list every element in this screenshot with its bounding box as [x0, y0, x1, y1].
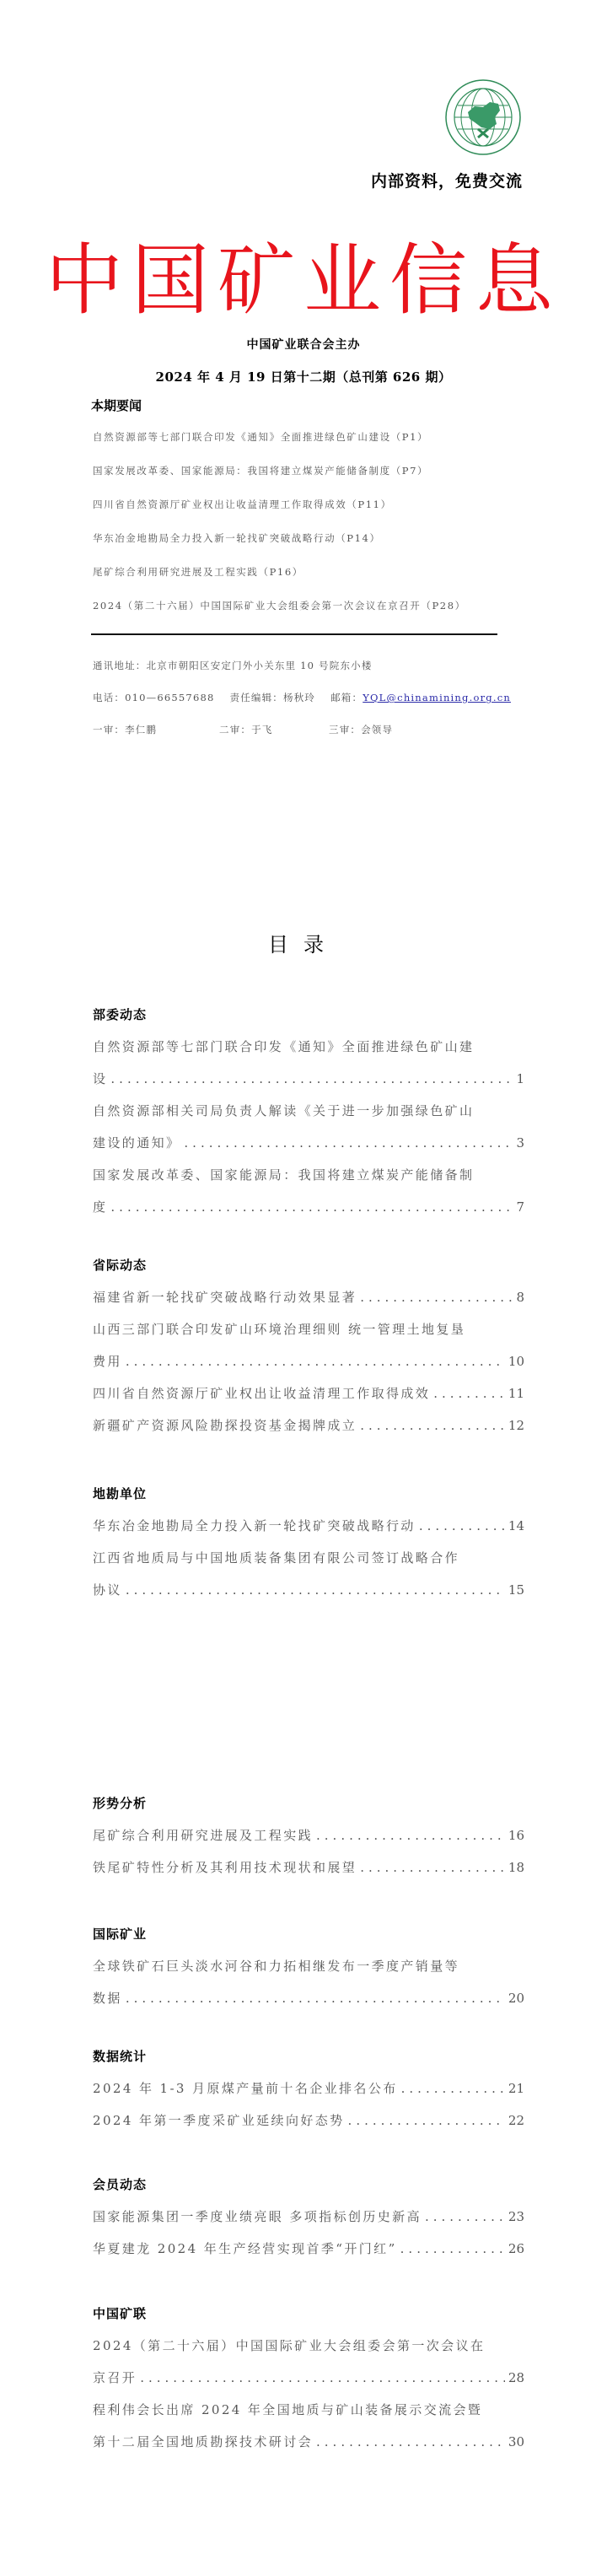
highlight-item[interactable]: 国家发展改革委、国家能源局：我国将建立煤炭产能储备制度（P7） — [93, 464, 531, 498]
address-row: 通讯地址：北京市朝阳区安定门外小关东里 10 号院东小楼 — [93, 659, 531, 691]
entry-text: 华东冶金地勘局全力投入新一轮找矿突破战略行动 — [93, 1510, 416, 1542]
section-heading: 国际矿业 — [93, 1923, 524, 1950]
toc-entry[interactable]: 自然资源部等七部门联合印发《通知》全面推进绿色矿山建 设1 — [93, 1031, 524, 1095]
page-number: 26 — [508, 2233, 524, 2265]
page-number: 20 — [508, 1982, 524, 2014]
toc-entry[interactable]: 华东冶金地勘局全力投入新一轮找矿突破战略行动14 — [93, 1510, 524, 1542]
address-label: 通讯地址： — [93, 660, 147, 671]
first-reviewer: 一审：李仁鹏 — [93, 723, 219, 736]
entry-text: 尾矿综合利用研究进展及工程实践 — [93, 1819, 313, 1851]
toc-title: 目录 — [0, 928, 607, 957]
toc-section: 数据统计 2024 年 1-3 月原煤产量前十名企业排名公布21 2024 年第… — [93, 2045, 524, 2137]
toc-entry[interactable]: 程利伟会长出席 2024 年全国地质与矿山装备展示交流会暨 第十二届全国地质勘探… — [93, 2394, 524, 2458]
toc-entry[interactable]: 国家发展改革委、国家能源局：我国将建立煤炭产能储备制 度7 — [93, 1159, 524, 1223]
toc-entry[interactable]: 新疆矿产资源风险勘探投资基金揭牌成立12 — [93, 1409, 524, 1442]
section-heading: 地勘单位 — [93, 1483, 524, 1510]
china-mining-association-logo — [444, 78, 522, 156]
leader-dots — [126, 1574, 505, 1606]
toc-section: 地勘单位 华东冶金地勘局全力投入新一轮找矿突破战略行动14 江西省地质局与中国地… — [93, 1483, 524, 1606]
page-number: 22 — [508, 2104, 524, 2137]
toc-section: 部委动态 自然资源部等七部门联合印发《通知》全面推进绿色矿山建 设1 自然资源部… — [93, 1004, 524, 1223]
page-number: 15 — [508, 1574, 524, 1606]
reviewers-row: 一审：李仁鹏二审：于飞三审：会领导 — [93, 723, 531, 755]
page-number: 21 — [508, 2072, 524, 2104]
toc-entry[interactable]: 福建省新一轮找矿突破战略行动效果显著8 — [93, 1281, 524, 1313]
section-heading: 部委动态 — [93, 1004, 524, 1031]
toc-entry[interactable]: 2024 年 1-3 月原煤产量前十名企业排名公布21 — [93, 2072, 524, 2104]
issue-date: 2024 年 4 月 19 日第十二期（总刊第 626 期） — [0, 368, 607, 385]
section-heading: 会员动态 — [93, 2174, 524, 2201]
entry-text: 数据 — [93, 1982, 122, 2014]
toc-entry[interactable]: 2024 年第一季度采矿业延续向好态势22 — [93, 2104, 524, 2137]
entry-text: 协议 — [93, 1574, 122, 1606]
toc-entry[interactable]: 华夏建龙 2024 年生产经营实现首季“开门红”26 — [93, 2233, 524, 2265]
toc-section: 省际动态 福建省新一轮找矿突破战略行动效果显著8 山西三部门联合印发矿山环境治理… — [93, 1254, 524, 1442]
page-number: 14 — [508, 1510, 524, 1542]
toc-section: 形势分析 尾矿综合利用研究进展及工程实践16 铁尾矿特性分析及其利用技术现状和展… — [93, 1792, 524, 1883]
page-number: 1 — [516, 1063, 524, 1095]
section-heading: 省际动态 — [93, 1254, 524, 1281]
leader-dots — [140, 2362, 505, 2394]
page-number: 18 — [508, 1851, 524, 1883]
toc-section: 会员动态 国家能源集团一季度业绩亮眼 多项指标创历史新高23 华夏建龙 2024… — [93, 2174, 524, 2265]
email-label: 邮箱： — [330, 692, 363, 703]
toc-entry[interactable]: 国家能源集团一季度业绩亮眼 多项指标创历史新高23 — [93, 2201, 524, 2233]
internal-use-note: 内部资料，免费交流 — [371, 169, 523, 191]
leader-dots — [360, 1409, 505, 1442]
entry-text: 2024（第二十六届）中国国际矿业大会组委会第一次会议在 — [93, 2330, 485, 2362]
page-number: 23 — [508, 2201, 524, 2233]
entry-text: 新疆矿产资源风险勘探投资基金揭牌成立 — [93, 1409, 357, 1442]
highlight-item[interactable]: 2024（第二十六届）中国国际矿业大会组委会第一次会议在京召开（P28） — [93, 599, 531, 633]
entry-text: 京召开 — [93, 2362, 137, 2394]
toc-section: 中国矿联 2024（第二十六届）中国国际矿业大会组委会第一次会议在 京召开28 … — [93, 2303, 524, 2458]
leader-dots — [400, 2233, 505, 2265]
leader-dots — [126, 1345, 505, 1377]
page-number: 30 — [508, 2426, 524, 2458]
toc-entry[interactable]: 江西省地质局与中国地质装备集团有限公司签订战略合作 协议15 — [93, 1542, 524, 1606]
page-number: 16 — [508, 1819, 524, 1851]
toc-entry[interactable]: 2024（第二十六届）中国国际矿业大会组委会第一次会议在 京召开28 — [93, 2330, 524, 2394]
entry-text: 华夏建龙 2024 年生产经营实现首季“开门红” — [93, 2233, 397, 2265]
masthead-title: 中国矿业信息 — [0, 234, 607, 327]
entry-text: 江西省地质局与中国地质装备集团有限公司签订战略合作 — [93, 1542, 459, 1574]
entry-text: 度 — [93, 1191, 107, 1223]
entry-text: 国家能源集团一季度业绩亮眼 多项指标创历史新高 — [93, 2201, 422, 2233]
editor-value: 杨秋玲 — [283, 692, 315, 703]
page-number: 7 — [516, 1191, 524, 1223]
entry-text: 四川省自然资源厅矿业权出让收益清理工作取得成效 — [93, 1377, 430, 1409]
entry-text: 2024 年 1-3 月原煤产量前十名企业排名公布 — [93, 2072, 398, 2104]
leader-dots — [360, 1851, 505, 1883]
editor-label: 责任编辑： — [230, 692, 284, 703]
entry-text: 建设的通知》 — [93, 1127, 180, 1159]
section-heading: 中国矿联 — [93, 2303, 524, 2330]
page-number: 12 — [508, 1409, 524, 1442]
leader-dots — [110, 1191, 513, 1223]
highlights-list: 自然资源部等七部门联合印发《通知》全面推进绿色矿山建设（P1） 国家发展改革委、… — [93, 430, 531, 633]
toc-entry[interactable]: 自然资源部相关司局负责人解读《关于进一步加强绿色矿山 建设的通知》3 — [93, 1095, 524, 1159]
contact-block: 通讯地址：北京市朝阳区安定门外小关东里 10 号院东小楼 电话：010—6655… — [93, 659, 531, 755]
leader-dots — [316, 1819, 505, 1851]
section-heading: 数据统计 — [93, 2045, 524, 2072]
entry-text: 设 — [93, 1063, 107, 1095]
highlights-heading: 本期要闻 — [91, 396, 142, 414]
toc-entry[interactable]: 全球铁矿石巨头淡水河谷和力拓相继发布一季度产销量等 数据20 — [93, 1950, 524, 2014]
page-number: 28 — [508, 2362, 524, 2394]
entry-text: 国家发展改革委、国家能源局：我国将建立煤炭产能储备制 — [93, 1159, 474, 1191]
leader-dots — [425, 2201, 505, 2233]
entry-text: 费用 — [93, 1345, 122, 1377]
page-number: 8 — [516, 1281, 524, 1313]
page-number: 11 — [508, 1377, 524, 1409]
entry-text: 程利伟会长出席 2024 年全国地质与矿山装备展示交流会暨 — [93, 2394, 482, 2426]
leader-dots — [316, 2426, 505, 2458]
entry-text: 2024 年第一季度采矿业延续向好态势 — [93, 2104, 345, 2137]
toc-entry[interactable]: 尾矿综合利用研究进展及工程实践16 — [93, 1819, 524, 1851]
highlight-item[interactable]: 尾矿综合利用研究进展及工程实践（P16） — [93, 565, 531, 599]
page-number: 3 — [516, 1127, 524, 1159]
toc-entry[interactable]: 四川省自然资源厅矿业权出让收益清理工作取得成效11 — [93, 1377, 524, 1409]
highlight-item[interactable]: 华东冶金地勘局全力投入新一轮找矿突破战略行动（P14） — [93, 531, 531, 565]
leader-dots — [184, 1127, 513, 1159]
leader-dots — [110, 1063, 513, 1095]
entry-text: 第十二届全国地质勘探技术研讨会 — [93, 2426, 313, 2458]
phone-label: 电话： — [93, 692, 125, 703]
email-link[interactable]: YQL@chinamining.org.cn — [363, 692, 511, 703]
address-value: 北京市朝阳区安定门外小关东里 10 号院东小楼 — [147, 660, 373, 671]
leader-dots — [360, 1281, 513, 1313]
entry-text: 自然资源部等七部门联合印发《通知》全面推进绿色矿山建 — [93, 1031, 474, 1063]
entry-text: 自然资源部相关司局负责人解读《关于进一步加强绿色矿山 — [93, 1095, 474, 1127]
entry-text: 山西三部门联合印发矿山环境治理细则 统一管理土地复垦 — [93, 1313, 465, 1345]
phone-editor-row: 电话：010—66557688责任编辑：杨秋玲邮箱：YQL@chinaminin… — [93, 691, 531, 723]
leader-dots — [433, 1377, 505, 1409]
leader-dots — [419, 1510, 505, 1542]
toc-section: 国际矿业 全球铁矿石巨头淡水河谷和力拓相继发布一季度产销量等 数据20 — [93, 1923, 524, 2014]
third-reviewer: 三审：会领导 — [329, 723, 393, 736]
globe-logo-icon — [444, 78, 522, 156]
sponsor-line: 中国矿业联合会主办 — [0, 336, 607, 353]
page-number: 10 — [508, 1345, 524, 1377]
entry-text: 铁尾矿特性分析及其利用技术现状和展望 — [93, 1851, 357, 1883]
highlight-item[interactable]: 自然资源部等七部门联合印发《通知》全面推进绿色矿山建设（P1） — [93, 430, 531, 464]
highlight-item[interactable]: 四川省自然资源厅矿业权出让收益清理工作取得成效（P11） — [93, 498, 531, 531]
leader-dots — [401, 2072, 505, 2104]
leader-dots — [348, 2104, 505, 2137]
section-heading: 形势分析 — [93, 1792, 524, 1819]
toc-entry[interactable]: 山西三部门联合印发矿山环境治理细则 统一管理土地复垦 费用10 — [93, 1313, 524, 1377]
divider — [91, 633, 497, 635]
leader-dots — [126, 1982, 505, 2014]
entry-text: 福建省新一轮找矿突破战略行动效果显著 — [93, 1281, 357, 1313]
toc-entry[interactable]: 铁尾矿特性分析及其利用技术现状和展望18 — [93, 1851, 524, 1883]
second-reviewer: 二审：于飞 — [219, 723, 329, 736]
phone-value: 010—66557688 — [125, 692, 214, 703]
entry-text: 全球铁矿石巨头淡水河谷和力拓相继发布一季度产销量等 — [93, 1950, 459, 1982]
